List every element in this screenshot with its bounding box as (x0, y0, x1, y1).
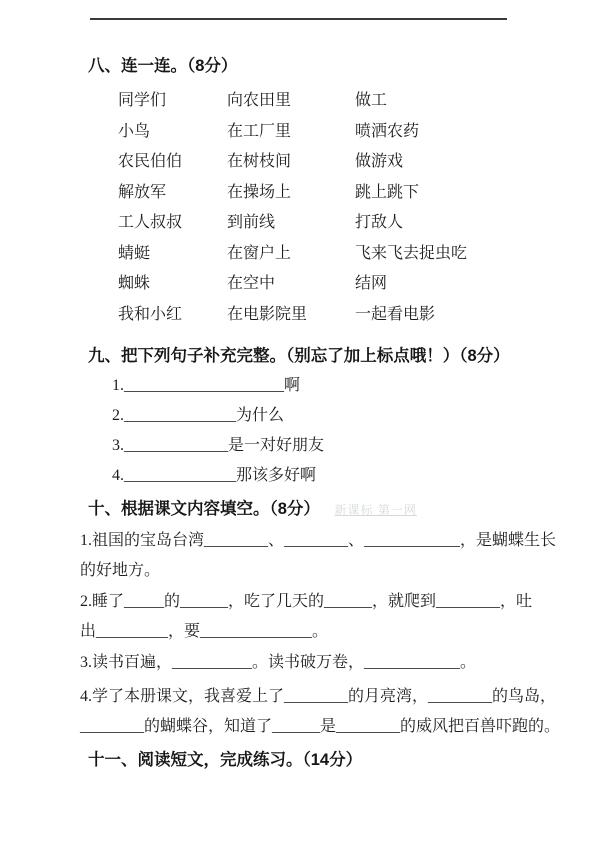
section-10-title-text: 十、根据课文内容填空。（8分） (88, 500, 320, 518)
match-right-item: 喷洒农药 (355, 117, 596, 148)
match-right-item: 做游戏 (355, 147, 596, 178)
match-left-item: 蜘蛛 (118, 269, 227, 300)
match-right-item: 做工 (355, 86, 596, 117)
match-mid-item: 到前线 (227, 208, 355, 239)
match-left-item: 蜻蜓 (118, 239, 227, 270)
exam-paper-page: 八、连一连。（8分） 同学们 向农田里 做工 小鸟 在工厂里 喷洒农药 农民伯伯… (0, 0, 596, 842)
match-left-item: 解放军 (118, 178, 227, 209)
match-right-item: 一起看电影 (355, 300, 596, 331)
match-left-item: 工人叔叔 (118, 208, 227, 239)
match-row: 农民伯伯 在树枝间 做游戏 (118, 147, 596, 178)
match-mid-item: 在电影院里 (227, 300, 355, 331)
fill-blank-line: 4.学了本册课文，我喜爱上了________的月亮湾，________的鸟岛， (80, 682, 596, 712)
sentence-completion-item: 3._____________是一对好朋友 (112, 431, 596, 461)
sentence-completion-item: 4.______________那该多好啊 (112, 461, 596, 491)
match-row: 小鸟 在工厂里 喷洒农药 (118, 117, 596, 148)
page-content: 八、连一连。（8分） 同学们 向农田里 做工 小鸟 在工厂里 喷洒农药 农民伯伯… (0, 0, 596, 771)
fill-blank-line: 3.读书百遍，__________。读书破万卷，____________。 (80, 648, 596, 678)
fill-blank-exercise: 1.祖国的宝岛台湾________、________、____________，… (80, 526, 596, 743)
fill-blank-line: 的好地方。 (80, 556, 596, 586)
sentence-completion-list: 1.____________________啊 2.______________… (112, 371, 596, 491)
fill-blank-line: ________的蝴蝶谷，知道了______是________的威风把百兽吓跑的… (80, 712, 596, 742)
match-row: 蜘蛛 在空中 结网 (118, 269, 596, 300)
match-right-item: 结网 (355, 269, 596, 300)
match-right-item: 飞来飞去捉虫吃 (355, 239, 596, 270)
match-mid-item: 在空中 (227, 269, 355, 300)
match-right-item: 跳上跳下 (355, 178, 596, 209)
sentence-completion-item: 2.______________为什么 (112, 401, 596, 431)
match-row: 我和小红 在电影院里 一起看电影 (118, 300, 596, 331)
match-row: 解放军 在操场上 跳上跳下 (118, 178, 596, 209)
match-right-item: 打敌人 (355, 208, 596, 239)
match-row: 同学们 向农田里 做工 (118, 86, 596, 117)
section-11-heading: 十一、阅读短文，完成练习。（14分） (88, 749, 596, 771)
match-left-item: 小鸟 (118, 117, 227, 148)
match-left-item: 同学们 (118, 86, 227, 117)
match-left-item: 农民伯伯 (118, 147, 227, 178)
match-mid-item: 在工厂里 (227, 117, 355, 148)
section-8-heading: 八、连一连。（8分） (88, 55, 596, 77)
match-exercise: 同学们 向农田里 做工 小鸟 在工厂里 喷洒农药 农民伯伯 在树枝间 做游戏 解… (118, 86, 596, 330)
top-divider-line (90, 18, 507, 20)
match-mid-item: 向农田里 (227, 86, 355, 117)
match-left-item: 我和小红 (118, 300, 227, 331)
match-mid-item: 在操场上 (227, 178, 355, 209)
match-row: 蜻蜓 在窗户上 飞来飞去捉虫吃 (118, 239, 596, 270)
section-10-heading: 十、根据课文内容填空。（8分） 新课标 第一网 (88, 498, 596, 521)
fill-blank-line: 2.睡了_____的______，吃了几天的______，就爬到________… (80, 587, 596, 617)
match-mid-item: 在窗户上 (227, 239, 355, 270)
match-mid-item: 在树枝间 (227, 147, 355, 178)
match-row: 工人叔叔 到前线 打敌人 (118, 208, 596, 239)
watermark-text: 新课标 第一网 (335, 503, 417, 517)
section-9-heading: 九、把下列句子补充完整。（别忘了加上标点哦！）（8分） (88, 345, 596, 367)
sentence-completion-item: 1.____________________啊 (112, 371, 596, 401)
fill-blank-line: 出_________，要______________。 (80, 617, 596, 647)
fill-blank-line: 1.祖国的宝岛台湾________、________、____________，… (80, 526, 596, 556)
